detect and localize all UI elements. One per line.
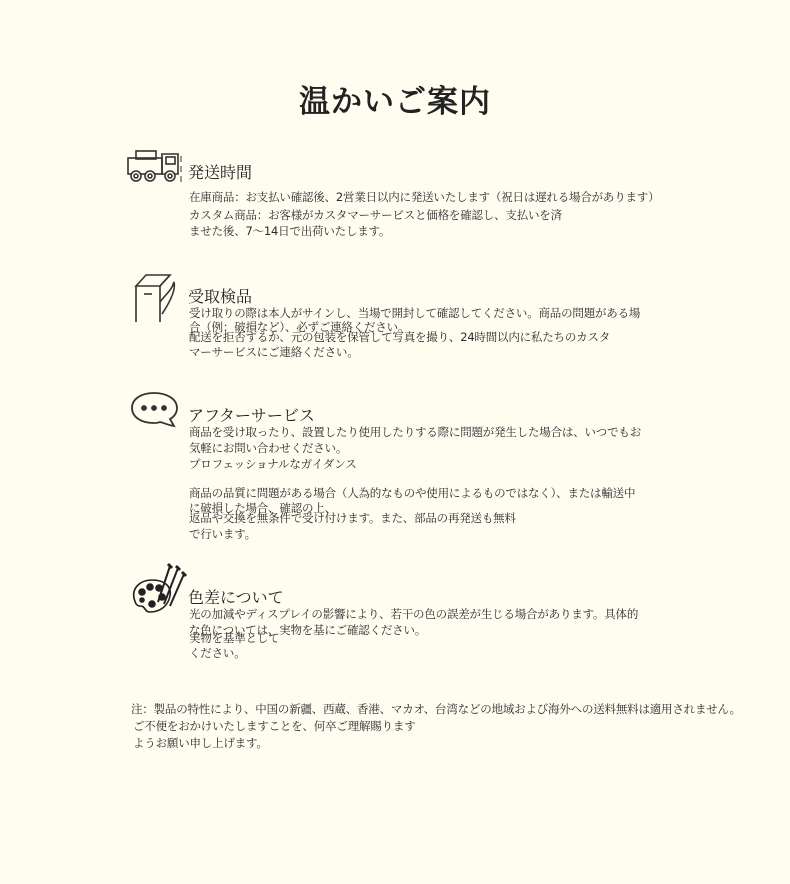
color-difference-text-1: 光の加減やディスプレイの影響により、若干の色の誤差が生じる場合があります。具体的: [189, 607, 638, 621]
page-title: 温かいご案内: [0, 76, 790, 121]
color-difference-text-4: ください。: [189, 646, 246, 660]
after-service-text-4: 商品の品質に問題がある場合（人為的なものや使用によるものではなく）、または輸送中: [189, 486, 635, 500]
after-service-text-6: 返品や交換を無条件で受け付けます。また、部品の再発送も無料: [189, 511, 516, 525]
after-service-text-1: 商品を受け取ったり、設置したり使用したりする際に問題が発生した場合は、いつでもお: [189, 425, 641, 439]
note-text-3: ようお願い申し上げます。: [133, 736, 268, 750]
inspection-text-4: マーサービスにご連絡ください。: [189, 345, 359, 359]
section-heading-inspection: 受取検品: [188, 284, 252, 307]
section-heading-after-service: アフターサービス: [188, 403, 315, 426]
color-difference-text-3: 実物を基準として: [189, 631, 279, 645]
section-heading-color-difference: 色差について: [188, 585, 284, 608]
shipping-text-1: 在庫商品：お支払い確認後、2営業日以内に発送いたします（祝日は遅れる場合がありま…: [189, 190, 659, 204]
after-service-text-7: で行います。: [189, 527, 256, 541]
inspection-text-1: 受け取りの際は本人がサインし、当場で開封して確認してください。商品の問題がある場: [189, 306, 640, 320]
after-service-text-3: プロフェッショナルなガイダンス: [189, 457, 357, 471]
box-icon: [130, 272, 182, 326]
shipping-text-2: カスタム商品：お客様がカスタマーサービスと価格を確認し、支払いを済: [189, 208, 562, 222]
note-text-2: ご不便をおかけいたしますことを、何卒ご理解賜ります: [133, 719, 416, 733]
palette-icon: [130, 560, 188, 620]
inspection-text-3: 配送を拒否するか、元の包装を保管して写真を撮り、24時間以内に私たちのカスタ: [189, 330, 610, 344]
truck-icon: [126, 148, 186, 188]
after-service-text-2: 気軽にお問い合わせください。: [189, 441, 347, 455]
shipping-text-3: ませた後、7〜14日で出荷いたします。: [189, 224, 390, 238]
note-text-1: 注：製品の特性により、中国の新疆、西蔵、香港、マカオ、台湾などの地域および海外へ…: [131, 702, 741, 716]
section-heading-shipping: 発送時間: [188, 160, 252, 183]
speech-bubble-icon: [130, 390, 180, 430]
